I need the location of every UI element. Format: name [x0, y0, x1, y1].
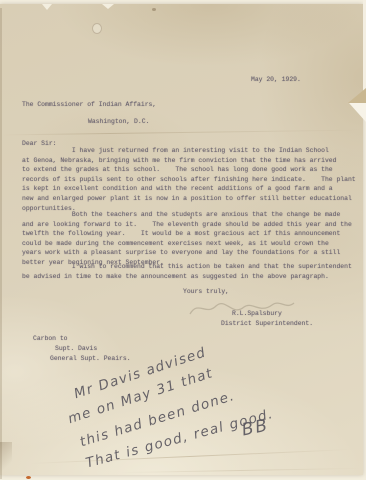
paper-speck-top [152, 8, 156, 11]
carbon-label: Carbon to [33, 334, 68, 344]
recipient-city: Washington, D.C. [88, 117, 149, 127]
fold-crease-bottom [120, 468, 360, 473]
paragraph-1: I have just returned from an interesting… [22, 146, 356, 213]
paper-left-edge-shadow [0, 8, 2, 479]
torn-corner-notch [349, 103, 366, 122]
paper-blemish-ring [92, 23, 102, 34]
bottom-edge-stain [26, 476, 31, 479]
paragraph-3: I wish to recommend that this action be … [22, 262, 352, 281]
recipient-line: The Commissioner of Indian Affairs, [22, 100, 156, 110]
scan-background: May 20, 1929. The Commissioner of Indian… [0, 0, 366, 480]
paragraph-2: Both the teachers and the students are a… [22, 210, 352, 268]
paper-speck-middle [190, 216, 192, 219]
top-edge-tear-left [42, 4, 52, 10]
carbon-recipient-davis: Supt. Davis [55, 344, 97, 354]
letter-date: May 20, 1929. [251, 75, 301, 85]
carbon-recipient-peairs: General Supt. Peairs. [50, 354, 131, 364]
fold-crease-upper [0, 129, 366, 135]
torn-corner-fold [348, 88, 366, 103]
top-edge-tear-right [102, 4, 114, 9]
signature-name: R.L.Spalsbury [232, 309, 282, 319]
fold-crease-lower [30, 449, 350, 464]
handwritten-initials: BB [240, 415, 271, 440]
letter-page: May 20, 1929. The Commissioner of Indian… [0, 4, 363, 475]
signature-title: District Superintendent. [221, 319, 313, 329]
